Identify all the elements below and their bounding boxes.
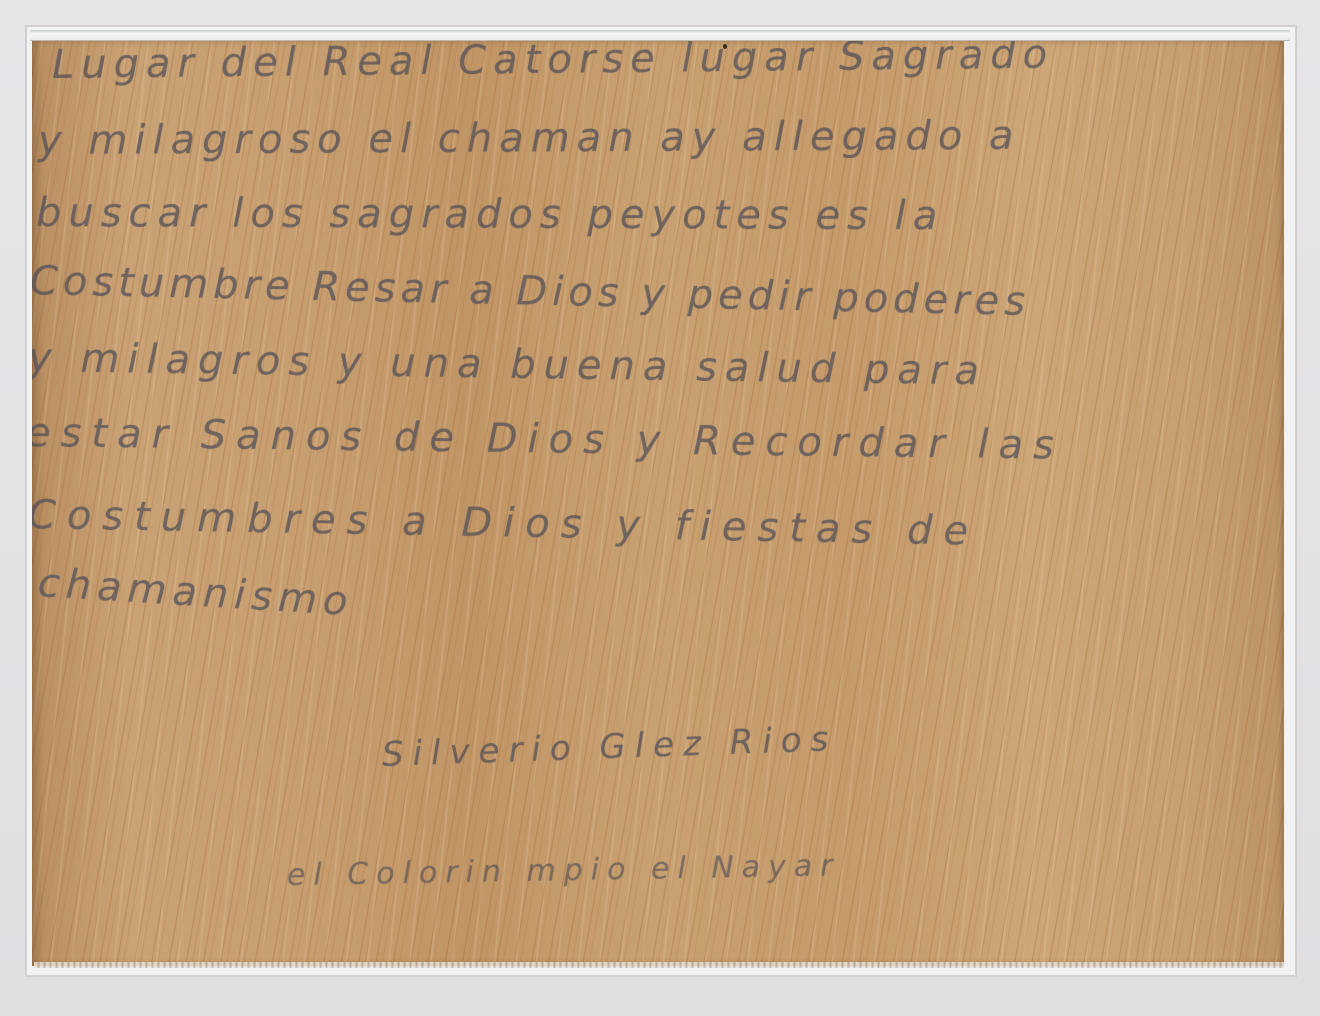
signature: Silverio Glez Rios: [381, 719, 838, 775]
pin-hole: [723, 44, 727, 49]
note-line-1: Lugar del Real Catorse lugar Sagrado: [52, 40, 1055, 88]
note-line-8: chamanismo: [37, 560, 355, 625]
mat-bevel-top-edge: [30, 30, 1290, 41]
note-line-6: estar Sanos de Dios y Recordar las: [32, 410, 1064, 469]
veneer-frayed-edge: [34, 962, 1284, 968]
wood-veneer-panel: Lugar del Real Catorse lugar Sagrado y m…: [32, 40, 1284, 966]
note-line-2: y milagroso el chaman ay allegado a: [38, 113, 1021, 164]
note-line-7: Costumbres a Dios y fiestas de: [32, 492, 979, 555]
handwritten-note: Lugar del Real Catorse lugar Sagrado y m…: [32, 40, 1284, 966]
footer-location: el Colorin mpio el Nayar: [287, 848, 841, 893]
note-line-5: y milagros y una buena salud para: [32, 335, 987, 394]
note-line-4: Costumbre Resar a Dios y pedir poderes: [32, 258, 1031, 325]
note-line-3: buscar los sagrados peyotes es la: [36, 190, 944, 239]
